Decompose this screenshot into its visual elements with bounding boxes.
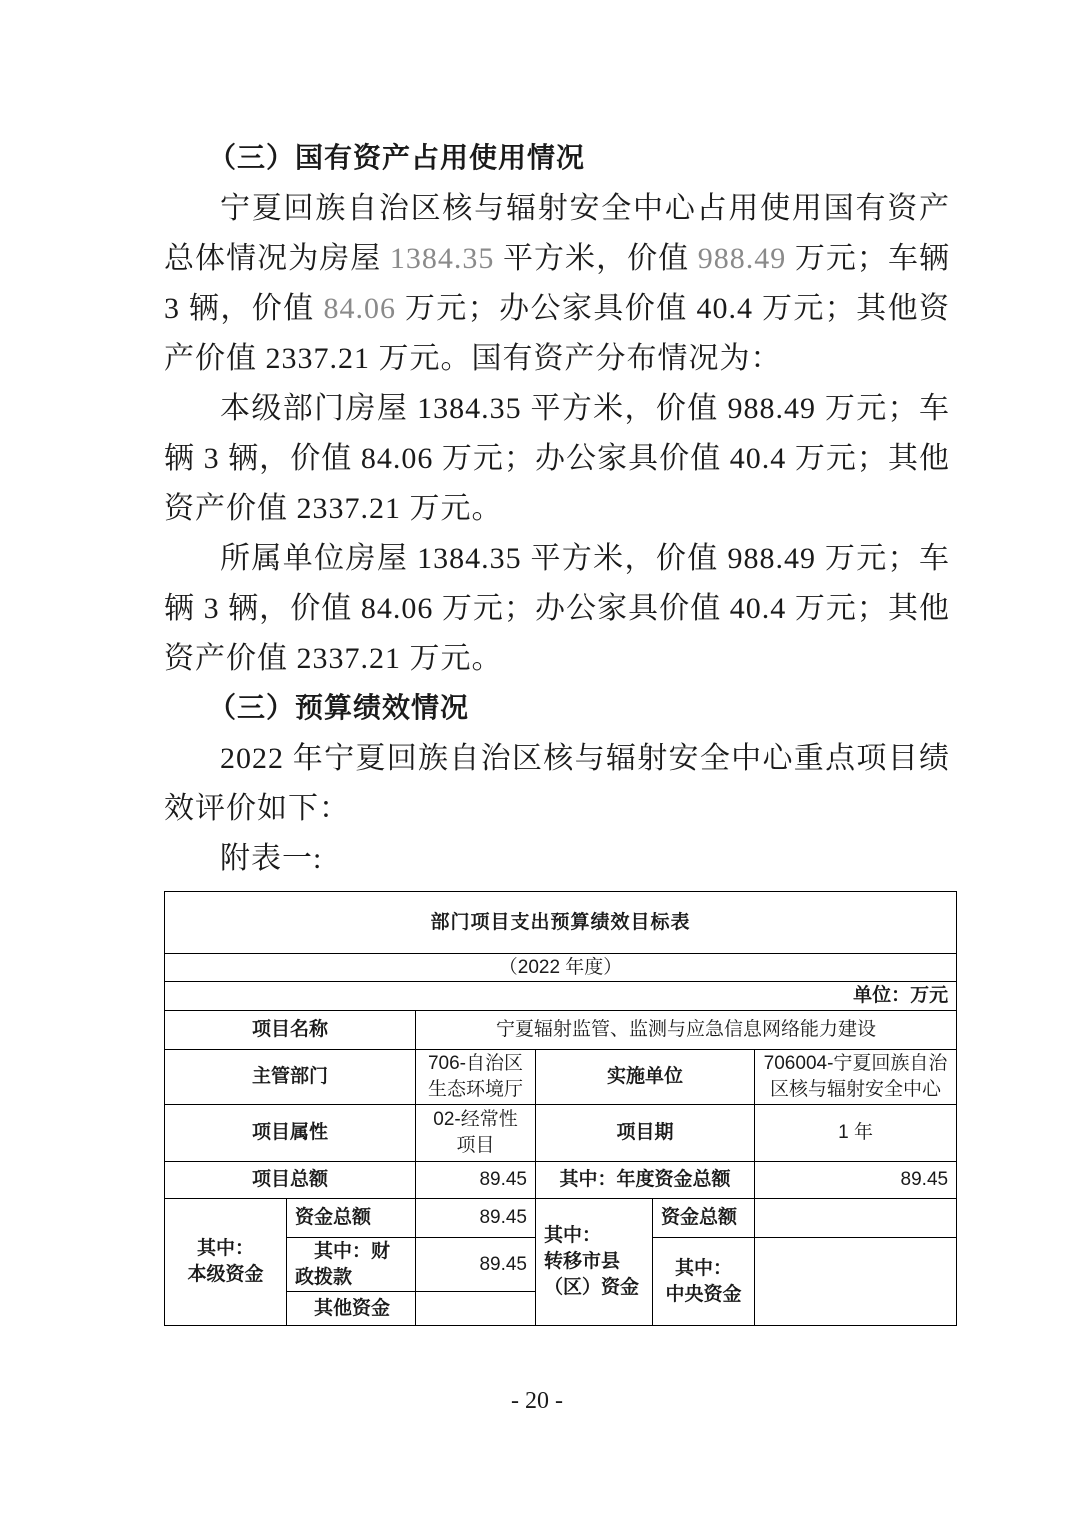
value-other-fund	[416, 1292, 536, 1326]
label-supervising-dept: 主管部门	[165, 1050, 416, 1105]
section-heading-state-assets: （三）国有资产占用使用情况	[164, 134, 950, 184]
section-heading-budget-performance: （三）预算绩效情况	[164, 684, 950, 734]
label-annual-fund-total: 其中：年度资金总额	[536, 1162, 755, 1199]
value-annual-fund-total: 89.45	[755, 1162, 957, 1199]
label-project-total: 项目总额	[165, 1162, 416, 1199]
paragraph-subordinate-assets: 所属单位房屋 1384.35 平方米，价值 988.49 万元；车辆 3 辆，价…	[164, 534, 950, 684]
value-project-attribute: 02-经常性项目	[416, 1105, 536, 1162]
label-central-fund: 其中： 中央资金	[653, 1238, 755, 1326]
value-project-period: 1 年	[755, 1105, 957, 1162]
label-local-fund-total: 资金总额	[287, 1199, 416, 1238]
row-project-attribute: 项目属性 02-经常性项目 项目期 1 年	[165, 1105, 957, 1162]
muted-number: 1384.35	[390, 242, 495, 275]
value-fiscal-allocation: 89.45	[416, 1238, 536, 1292]
label-local-fund: 其中： 本级资金	[165, 1199, 287, 1326]
row-fund-total: 其中： 本级资金 资金总额 89.45 其中： 转移市县 （区）资金 资金总额	[165, 1199, 957, 1238]
label-project-attribute: 项目属性	[165, 1105, 416, 1162]
performance-target-table: 部门项目支出预算绩效目标表 （2022 年度） 单位：万元 项目名称 宁夏辐射监…	[164, 891, 957, 1326]
label-transfer-fund: 其中： 转移市县 （区）资金	[536, 1199, 653, 1326]
table-title: 部门项目支出预算绩效目标表	[165, 892, 957, 954]
document-body: （三）国有资产占用使用情况 宁夏回族自治区核与辐射安全中心占用使用国有资产总体情…	[164, 134, 950, 1326]
paragraph-assets-overview: 宁夏回族自治区核与辐射安全中心占用使用国有资产总体情况为房屋 1384.35 平…	[164, 184, 950, 384]
table-unit-note: 单位：万元	[165, 982, 957, 1011]
row-supervising-dept: 主管部门 706-自治区生态环境厅 实施单位 706004-宁夏回族自治区核与辐…	[165, 1050, 957, 1105]
label-project-name: 项目名称	[165, 1011, 416, 1050]
text-run: 平方米，价值	[494, 242, 697, 275]
label-project-period: 项目期	[536, 1105, 755, 1162]
paragraph-department-assets: 本级部门房屋 1384.35 平方米，价值 988.49 万元；车辆 3 辆，价…	[164, 384, 950, 534]
label-other-fund: 其他资金	[287, 1292, 416, 1326]
label-implementing-unit: 实施单位	[536, 1050, 755, 1105]
page-number: - 20 -	[0, 1388, 1074, 1415]
value-central-fund	[755, 1238, 957, 1326]
row-project-name: 项目名称 宁夏辐射监管、监测与应急信息网络能力建设	[165, 1011, 957, 1050]
muted-number: 84.06	[323, 292, 396, 325]
label-transfer-fund-total: 资金总额	[653, 1199, 755, 1238]
row-project-total: 项目总额 89.45 其中：年度资金总额 89.45	[165, 1162, 957, 1199]
table-title-row: 部门项目支出预算绩效目标表	[165, 892, 957, 954]
document-page: （三）国有资产占用使用情况 宁夏回族自治区核与辐射安全中心占用使用国有资产总体情…	[0, 0, 1074, 1520]
muted-number: 988.49	[698, 242, 787, 275]
value-implementing-unit: 706004-宁夏回族自治区核与辐射安全中心	[755, 1050, 957, 1105]
attachment-label: 附表一:	[164, 834, 950, 884]
value-supervising-dept: 706-自治区生态环境厅	[416, 1050, 536, 1105]
table-unit-row: 单位：万元	[165, 982, 957, 1011]
value-local-fund-total: 89.45	[416, 1199, 536, 1238]
value-project-total: 89.45	[416, 1162, 536, 1199]
value-project-name: 宁夏辐射监管、监测与应急信息网络能力建设	[416, 1011, 957, 1050]
paragraph-performance-intro: 2022 年宁夏回族自治区核与辐射安全中心重点项目绩效评价如下：	[164, 734, 950, 834]
table-subtitle-row: （2022 年度）	[165, 954, 957, 982]
value-transfer-fund-total	[755, 1199, 957, 1238]
label-fiscal-allocation: 其中：财政拨款	[287, 1238, 416, 1292]
table-subtitle-year: （2022 年度）	[165, 954, 957, 982]
